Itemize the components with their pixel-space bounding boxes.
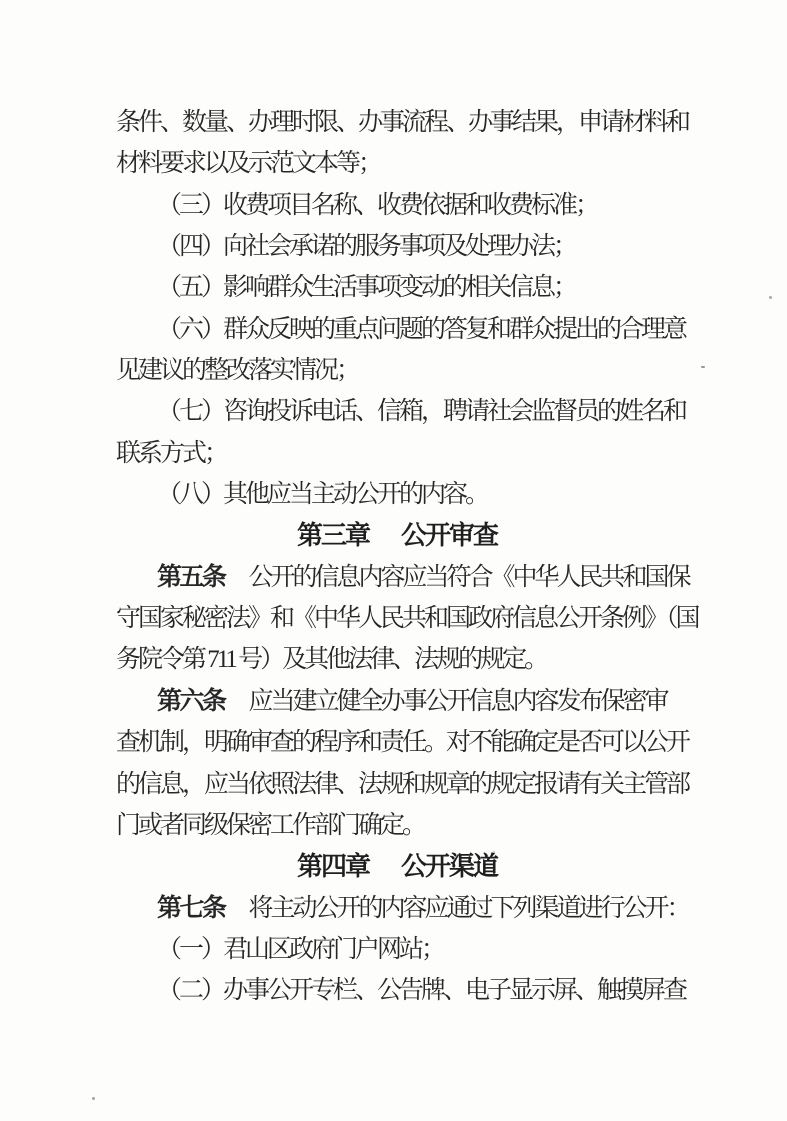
doc-line: 见建议的整改落实情况；: [116, 350, 678, 391]
clause-6-number: 第六条: [157, 687, 225, 715]
scan-speck: [92, 1097, 95, 1100]
doc-line: 务院令第 711 号）及其他法律、法规的规定。: [116, 639, 678, 680]
line-text: 联系方式；: [116, 440, 226, 467]
chapter-number: 第三章: [297, 520, 369, 550]
line-text: 务院令第 711 号）及其他法律、法规的规定。: [116, 646, 546, 673]
line-text: （四）向社会承诺的服务事项及处理办法；: [157, 233, 575, 260]
doc-line: 门或者同级保密工作部门确定。: [116, 805, 678, 846]
line-text: 公开的信息内容应当符合《中华人民共和国保: [249, 564, 689, 591]
doc-line: 材料要求以及示范文本等；: [116, 143, 678, 184]
doc-line: 的信息，应当依照法律、法规和规章的规定报请有关主管部: [116, 764, 678, 805]
line-text: 将主动公开的内容应通过下列渠道进行公开：: [249, 895, 689, 922]
line-text: （六）群众反映的重点问题的答复和群众提出的合理意: [157, 316, 685, 343]
line-text: （三）收费项目名称、收费依据和收费标准；: [157, 192, 597, 219]
list-item-line: （八）其他应当主动公开的内容。: [116, 474, 678, 515]
list-item-line: （七）咨询投诉电话、信箱，聘请社会监督员的姓名和: [116, 391, 678, 432]
line-text: 应当建立健全办事公开信息内容发布保密审: [249, 688, 667, 715]
list-item-line: （四）向社会承诺的服务事项及处理办法；: [116, 226, 678, 267]
line-text: （七）咨询投诉电话、信箱，聘请社会监督员的姓名和: [157, 398, 685, 425]
clause-5-line: 第五条公开的信息内容应当符合《中华人民共和国保: [116, 557, 678, 598]
line-text: 条件、数量、办理时限、办事流程、办事结果，申请材料和: [116, 109, 688, 136]
scanned-document-page: 条件、数量、办理时限、办事流程、办事结果，申请材料和 材料要求以及示范文本等； …: [0, 0, 787, 1121]
list-item-line: （二）办事公开专栏、公告牌、电子显示屏、触摸屏查: [116, 970, 678, 1011]
list-item-line: （三）收费项目名称、收费依据和收费标准；: [116, 185, 678, 226]
line-text: 的信息，应当依照法律、法规和规章的规定报请有关主管部: [116, 771, 688, 798]
line-text: 材料要求以及示范文本等；: [116, 150, 380, 177]
scan-speck: [701, 366, 705, 368]
list-item-line: （五）影响群众生活事项变动的相关信息；: [116, 267, 678, 308]
clause-6-line: 第六条应当建立健全办事公开信息内容发布保密审: [116, 681, 678, 722]
chapter-title: 公开渠道: [401, 851, 497, 881]
line-text: 守国家秘密法》和《中华人民共和国政府信息公开条例》（国: [116, 605, 698, 632]
clause-7-line: 第七条将主动公开的内容应通过下列渠道进行公开：: [116, 888, 678, 929]
chapter-3-heading: 第三章公开审查: [116, 515, 678, 556]
doc-line: 查机制，明确审查的程序和责任。对不能确定是否可以公开: [116, 722, 678, 763]
chapter-4-heading: 第四章公开渠道: [116, 846, 678, 887]
chapter-title: 公开审查: [401, 520, 497, 550]
chapter-number: 第四章: [297, 851, 369, 881]
doc-line: 守国家秘密法》和《中华人民共和国政府信息公开条例》（国: [116, 598, 678, 639]
scan-speck: [493, 851, 495, 853]
clause-5-number: 第五条: [157, 563, 225, 591]
line-text: 查机制，明确审查的程序和责任。对不能确定是否可以公开: [116, 729, 688, 756]
doc-line: 联系方式；: [116, 433, 678, 474]
document-text-block: 条件、数量、办理时限、办事流程、办事结果，申请材料和 材料要求以及示范文本等； …: [116, 102, 678, 1012]
line-text: （五）影响群众生活事项变动的相关信息；: [157, 274, 575, 301]
line-text: 门或者同级保密工作部门确定。: [116, 812, 424, 839]
line-text: （一）君山区政府门户网站；: [157, 936, 443, 963]
list-item-line: （一）君山区政府门户网站；: [116, 929, 678, 970]
line-text: 见建议的整改落实情况；: [116, 357, 358, 384]
doc-line: 条件、数量、办理时限、办事流程、办事结果，申请材料和: [116, 102, 678, 143]
clause-7-number: 第七条: [157, 894, 225, 922]
line-text: （八）其他应当主动公开的内容。: [157, 481, 487, 508]
list-item-line: （六）群众反映的重点问题的答复和群众提出的合理意: [116, 309, 678, 350]
line-text: （二）办事公开专栏、公告牌、电子显示屏、触摸屏查: [157, 977, 685, 1004]
scan-speck: [769, 296, 772, 299]
